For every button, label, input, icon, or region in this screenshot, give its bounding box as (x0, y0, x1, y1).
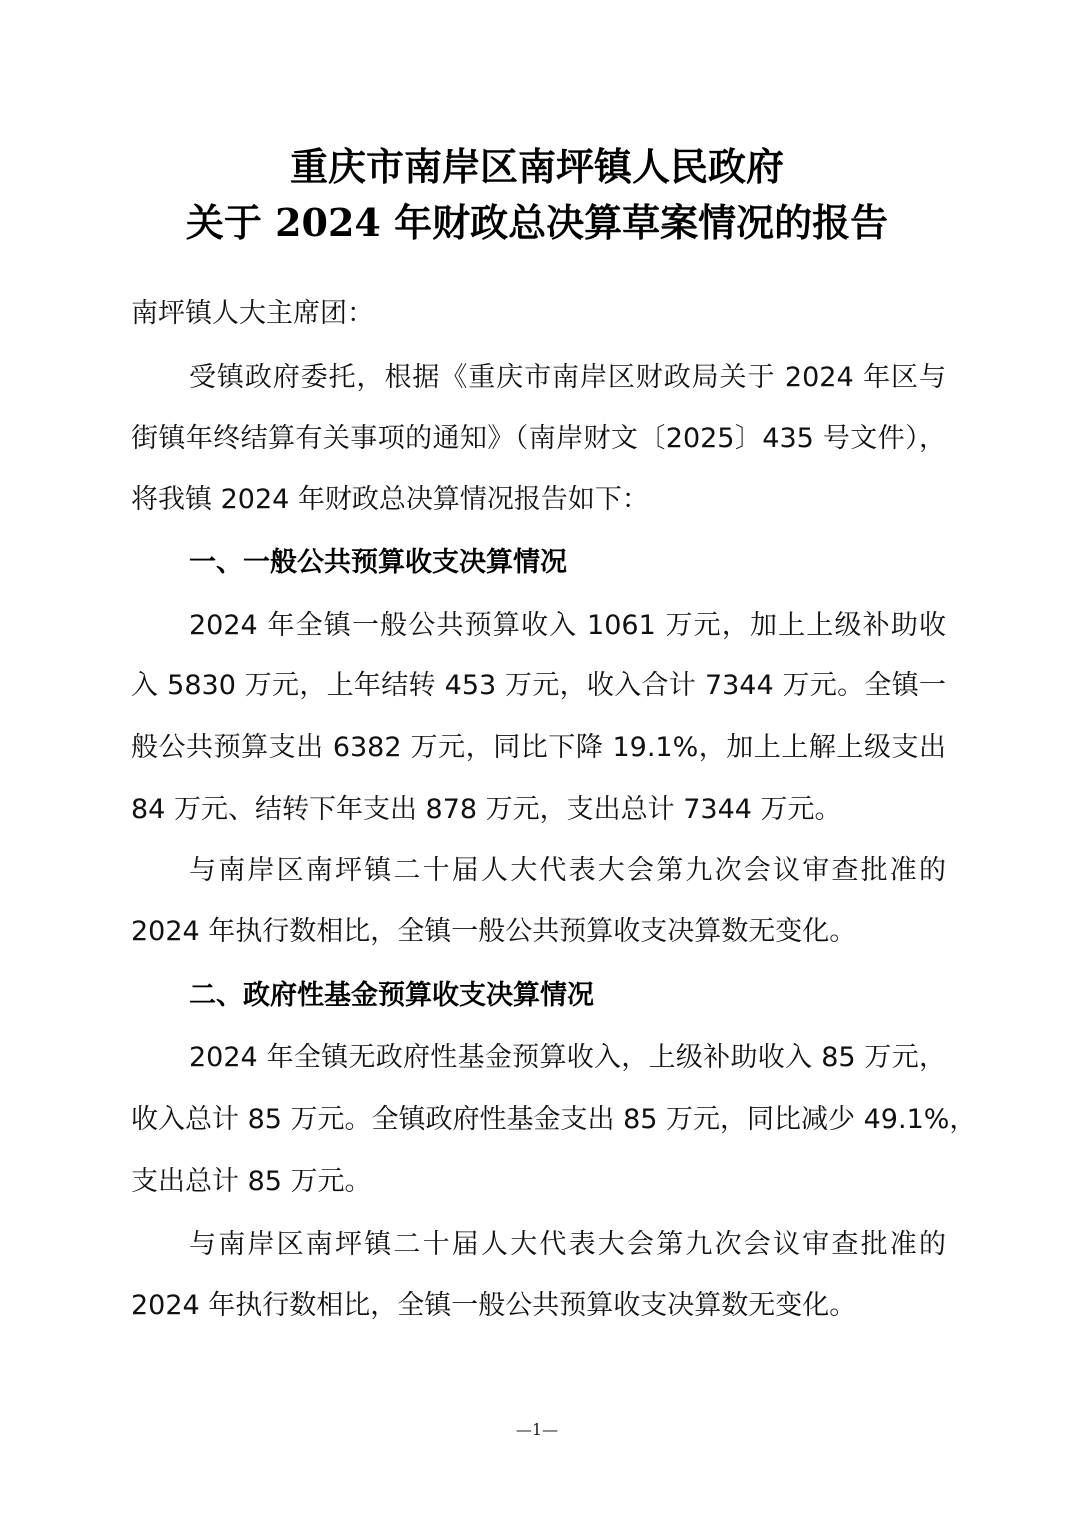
section-1-heading: 一、一般公共预算收支决算情况 (189, 545, 567, 581)
document-title-line-2: 关于 2024 年财政总决算草案情况的报告 (0, 192, 1074, 247)
section-2-p2-line-1: 与南岸区南坪镇二十届人大代表大会第九次会议审查批准的 (189, 1227, 946, 1263)
intro-line-3: 将我镇 2024 年财政总决算情况报告如下： (131, 482, 946, 518)
section-2-p1-line-2: 收入总计 85 万元。全镇政府性基金支出 85 万元，同比减少 49.1%， (131, 1102, 946, 1138)
section-1-p1-line-1: 2024 年全镇一般公共预算收入 1061 万元，加上上级补助收 (189, 608, 946, 644)
intro-line-1: 受镇政府委托，根据《重庆市南岸区财政局关于 2024 年区与 (189, 360, 946, 396)
section-2-heading: 二、政府性基金预算收支决算情况 (189, 978, 594, 1014)
section-1-p1-line-3: 般公共预算支出 6382 万元，同比下降 19.1%，加上上解上级支出 (131, 730, 946, 766)
section-2-p2-line-2: 2024 年执行数相比，全镇一般公共预算收支决算数无变化。 (131, 1288, 946, 1324)
salutation: 南坪镇人大主席团： (131, 296, 946, 332)
section-2-p1-line-3: 支出总计 85 万元。 (131, 1164, 946, 1200)
intro-line-2: 街镇年终结算有关事项的通知》（南岸财文〔2025〕435 号文件）， (131, 421, 946, 457)
section-1-p1-line-4: 84 万元、结转下年支出 878 万元，支出总计 7344 万元。 (131, 792, 946, 828)
section-1-p2-line-2: 2024 年执行数相比，全镇一般公共预算收支决算数无变化。 (131, 914, 946, 950)
document-title-line-1: 重庆市南岸区南坪镇人民政府 (0, 136, 1074, 191)
section-1-p2-line-1: 与南岸区南坪镇二十届人大代表大会第九次会议审查批准的 (189, 853, 946, 889)
section-1-p1-line-2: 入 5830 万元，上年结转 453 万元，收入合计 7344 万元。全镇一 (131, 668, 946, 704)
section-2-p1-line-1: 2024 年全镇无政府性基金预算收入，上级补助收入 85 万元， (189, 1040, 946, 1076)
page-number: —1— (0, 1420, 1074, 1439)
document-page: 重庆市南岸区南坪镇人民政府 关于 2024 年财政总决算草案情况的报告 南坪镇人… (0, 0, 1074, 1520)
